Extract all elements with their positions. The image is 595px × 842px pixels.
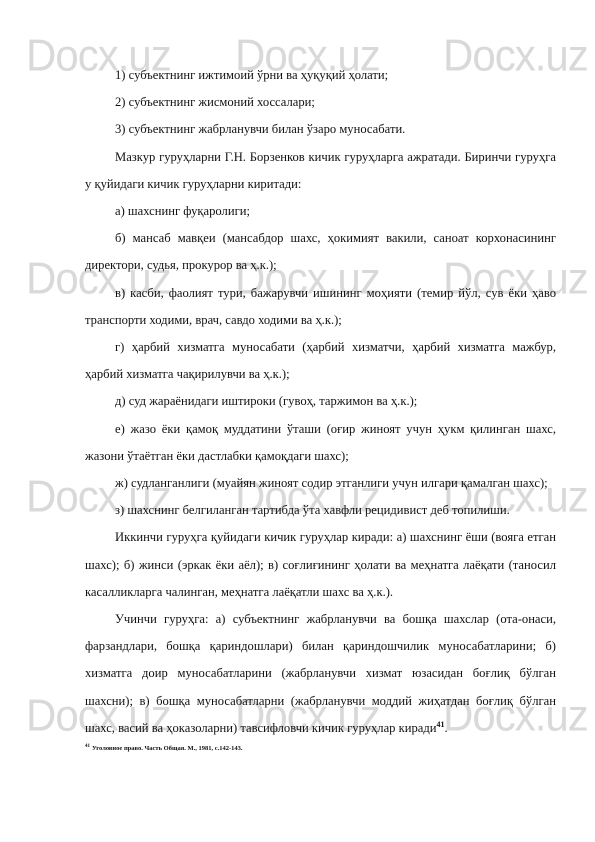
footnote-mark: 41 [85, 744, 90, 749]
subgroup-e: е) жазо ёки қамоқ муддатини ўташи (оғир … [85, 416, 556, 470]
subgroup-v: в) касби, фаолият тури, бажарувчи ишинин… [85, 280, 556, 334]
subgroup-b: б) мансаб мавқеи (мансабдор шахс, ҳокими… [85, 225, 556, 279]
subgroup-z: з) шахснинг белгиланган тартибда ўта хав… [85, 497, 556, 524]
subgroup-zh: ж) судланганлиги (муайян жиноят содир эт… [85, 470, 556, 497]
document-page: Docx.uzDocx.uzDocx.uzDocx.uzDocx.uzDocx.… [0, 0, 595, 842]
subgroup-d: д) суд жараёнидаги иштироки (гувоҳ, тарж… [85, 388, 556, 415]
intro-paragraph: Мазкур гуруҳларни Г.Н. Борзенков кичик г… [85, 144, 556, 198]
list-item-1: 1) субъектнинг ижтимоий ўрни ва ҳуқуқий … [85, 62, 556, 89]
footnote-text: Уголовное право. Часть Общая. М., 1981, … [92, 745, 243, 752]
list-item-3: 3) субъектнинг жабрланувчи билан ўзаро м… [85, 116, 556, 143]
subgroup-g: г) ҳарбий хизматга муносабати (ҳарбий хи… [85, 334, 556, 388]
document-body: 1) субъектнинг ижтимоий ўрни ва ҳуқуқий … [85, 62, 556, 754]
second-group-paragraph: Иккинчи гуруҳга қуйидаги кичик гуруҳлар … [85, 524, 556, 606]
footnote: 41Уголовное право. Часть Общая. М., 1981… [85, 744, 556, 754]
footnote-reference[interactable]: 41 [437, 720, 445, 729]
third-group-paragraph: Учинчи гуруҳга: а) субъектнинг жабрланув… [85, 606, 556, 742]
third-group-text: Учинчи гуруҳга: а) субъектнинг жабрланув… [85, 612, 556, 735]
subgroup-a: а) шахснинг фуқаролиги; [85, 198, 556, 225]
list-item-2: 2) субъектнинг жисмоний хоссалари; [85, 89, 556, 116]
third-group-trailing: . [445, 721, 448, 735]
